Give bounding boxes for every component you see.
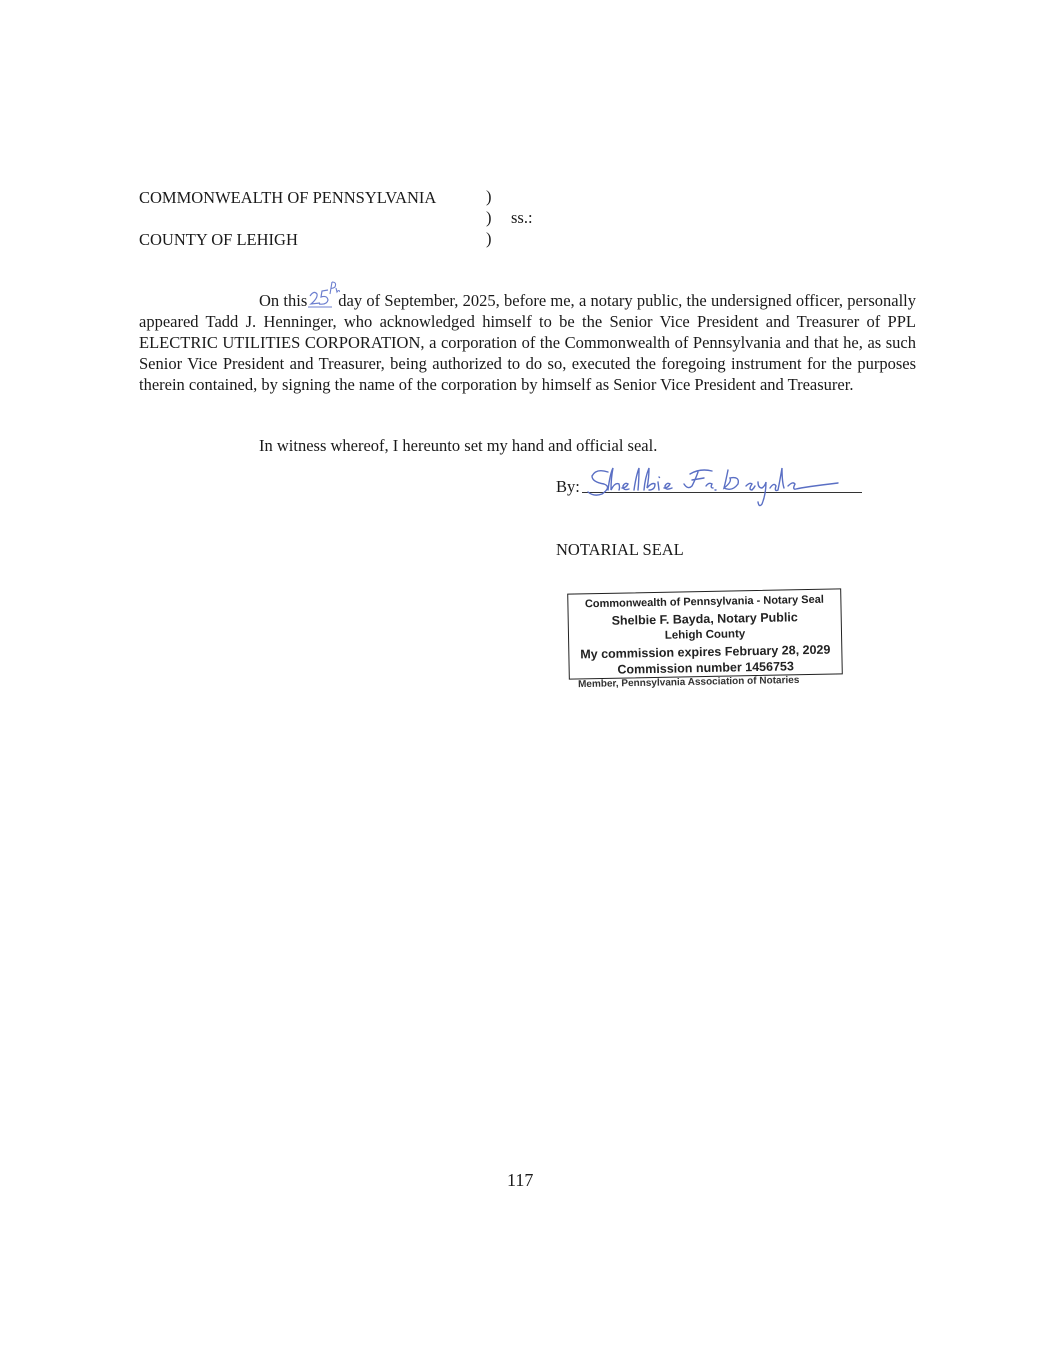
venue-paren-1: ) (486, 187, 492, 207)
venue-ss: ss.: (511, 208, 533, 228)
signature-icon (586, 460, 866, 516)
notarial-seal-label: NOTARIAL SEAL (556, 540, 684, 560)
handwritten-signature (586, 460, 866, 521)
venue-state: COMMONWEALTH OF PENNSYLVANIA (139, 187, 436, 208)
witness-clause: In witness whereof, I hereunto set my ha… (259, 436, 657, 456)
page-number: 117 (507, 1170, 533, 1191)
venue-paren-3: ) (486, 229, 492, 249)
ack-prefix: On this (259, 291, 307, 310)
notary-stamp: Commonwealth of Pennsylvania - Notary Se… (567, 588, 843, 679)
ack-body: day of September, 2025, before me, a not… (139, 291, 916, 394)
venue-county: COUNTY OF LEHIGH (139, 229, 298, 250)
handwritten-day (308, 290, 336, 306)
handwritten-day-icon (306, 280, 340, 310)
by-label: By: (556, 477, 580, 497)
venue-paren-2: ) (486, 208, 492, 228)
acknowledgment-paragraph: On thisday of September, 2025, before me… (139, 290, 916, 395)
